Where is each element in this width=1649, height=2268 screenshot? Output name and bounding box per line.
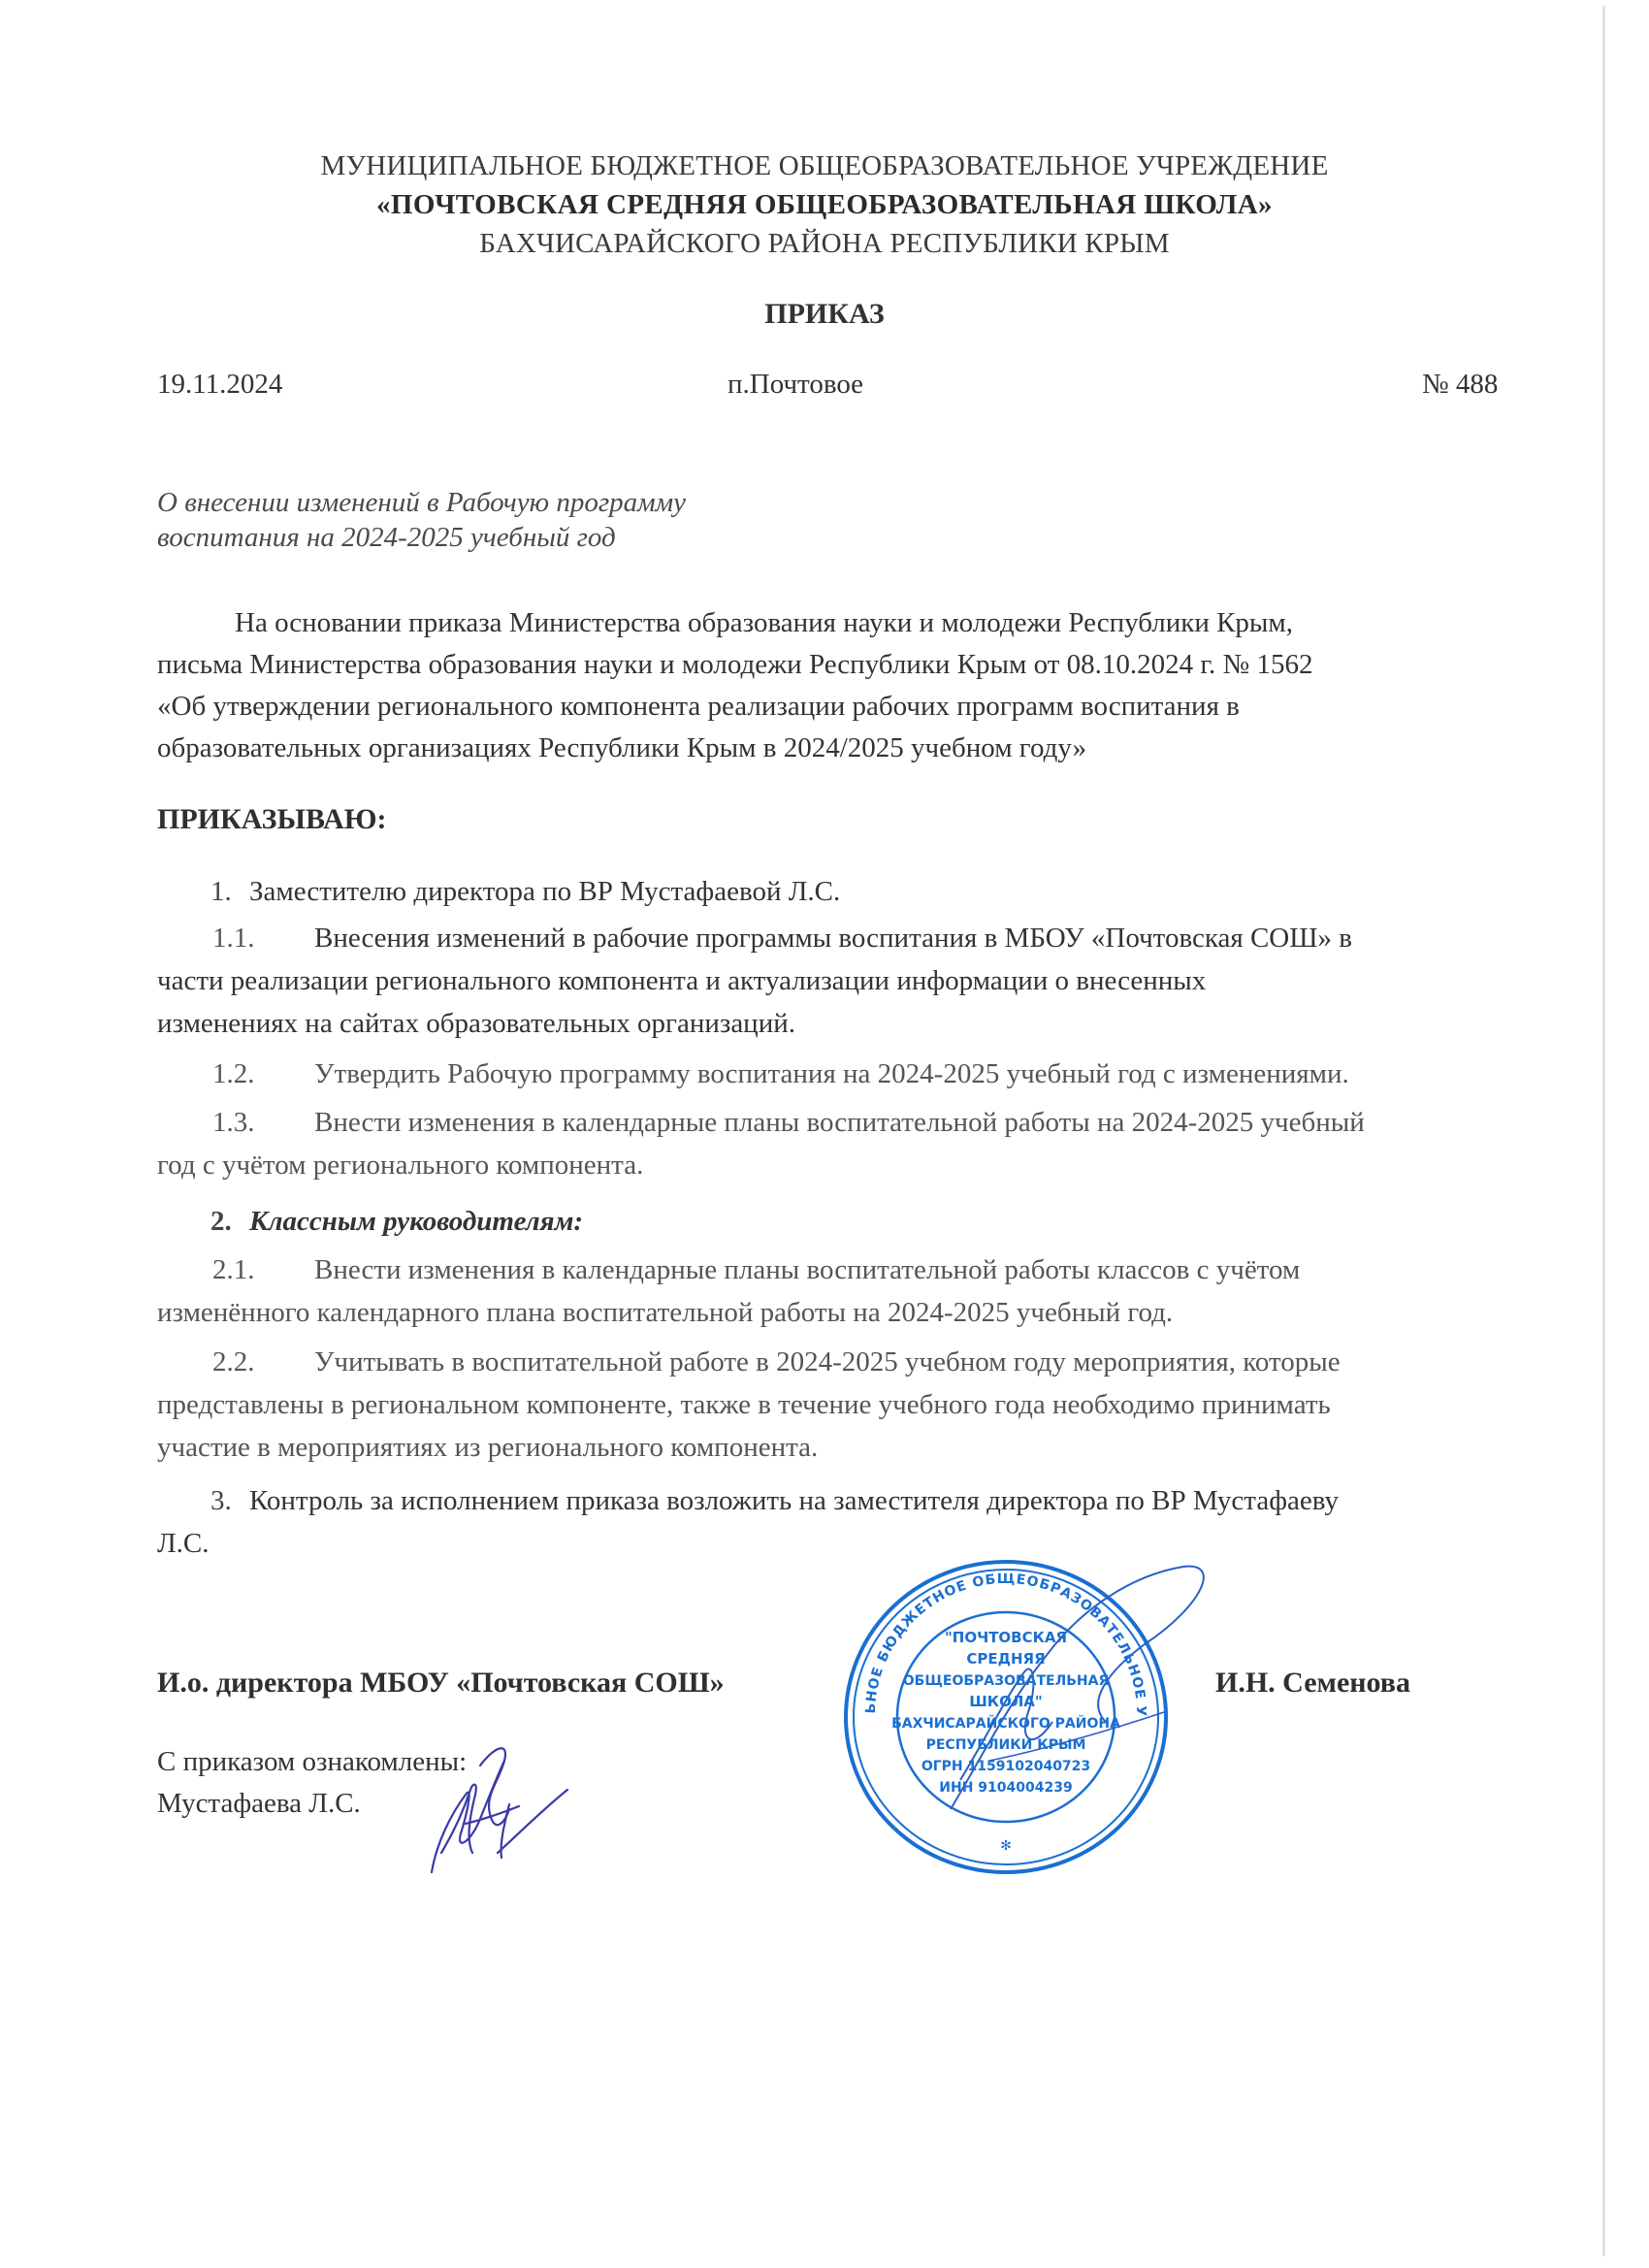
order-item-2: 2.Классным руководителям:	[157, 1200, 1523, 1243]
scan-edge-line	[1602, 6, 1605, 2256]
item-text: изменённого календарного плана воспитате…	[157, 1291, 1523, 1334]
item-text: Внесения изменений в рабочие программы в…	[314, 923, 1352, 954]
item-text: представлены в региональном компоненте, …	[157, 1383, 1523, 1426]
svg-text:СРЕДНЯЯ: СРЕДНЯЯ	[966, 1650, 1045, 1668]
item-text: Внести изменения в календарные планы вос…	[314, 1107, 1365, 1138]
svg-text:ОГРН 1159102040723: ОГРН 1159102040723	[921, 1759, 1090, 1774]
item-number: 3.	[210, 1479, 249, 1522]
order-item-1-1: 1.1.Внесения изменений в рабочие програм…	[157, 917, 1523, 1045]
item-text: Утвердить Рабочую программу воспитания н…	[314, 1058, 1349, 1089]
order-item-2-1: 2.1.Внести изменения в календарные планы…	[157, 1248, 1523, 1334]
item-text: Заместителю директора по ВР Мустафаевой …	[249, 876, 840, 907]
preamble-line: На основании приказа Министерства образо…	[157, 602, 1515, 644]
document-number: № 488	[1422, 369, 1498, 401]
handwritten-signature-icon	[412, 1736, 587, 1882]
document-subject: О внесении изменений в Рабочую программу…	[157, 485, 686, 555]
order-item-2-2: 2.2.Учитывать в воспитательной работе в …	[157, 1341, 1523, 1469]
svg-text:✻: ✻	[1000, 1838, 1012, 1854]
item-text: части реализации регионального компонент…	[157, 959, 1523, 1002]
svg-text:ОБЩЕОБРАЗОВАТЕЛЬНАЯ: ОБЩЕОБРАЗОВАТЕЛЬНАЯ	[903, 1673, 1109, 1689]
svg-text:ИНН 9104004239: ИНН 9104004239	[939, 1780, 1072, 1796]
item-number: 1.2.	[212, 1053, 314, 1095]
item-text: год с учётом регионального компонента.	[157, 1144, 1523, 1186]
order-item-1-2: 1.2.Утвердить Рабочую программу воспитан…	[157, 1053, 1523, 1095]
preamble-line: образовательных организациях Республики …	[157, 728, 1515, 769]
org-header-line-1: МУНИЦИПАЛЬНОЕ БЮДЖЕТНОЕ ОБЩЕОБРАЗОВАТЕЛЬ…	[0, 150, 1649, 182]
signatory-name: И.Н. Семенова	[1215, 1667, 1410, 1700]
subject-line-2: воспитания на 2024-2025 учебный год	[157, 520, 686, 555]
document-date: 19.11.2024	[157, 369, 282, 401]
item-text: Внести изменения в календарные планы вос…	[314, 1254, 1300, 1285]
org-header-school-name: «ПОЧТОВСКАЯ СРЕДНЯЯ ОБЩЕОБРАЗОВАТЕЛЬНАЯ …	[0, 189, 1649, 221]
item-text: Учитывать в воспитательной работе в 2024…	[314, 1346, 1341, 1377]
signatory-position: И.о. директора МБОУ «Почтовская СОШ»	[157, 1667, 725, 1700]
svg-text:ШКОЛА": ШКОЛА"	[969, 1693, 1042, 1710]
item-text: Классным руководителям:	[249, 1206, 583, 1237]
order-item-1: 1.Заместителю директора по ВР Мустафаево…	[157, 870, 1523, 913]
preamble-paragraph: На основании приказа Министерства образо…	[157, 602, 1515, 769]
item-text: изменениях на сайтах образовательных орг…	[157, 1002, 1523, 1045]
preamble-line: письма Министерства образования науки и …	[157, 644, 1515, 686]
item-text: Контроль за исполнением приказа возложит…	[249, 1485, 1339, 1516]
item-number: 2.	[210, 1200, 249, 1243]
item-text: участие в мероприятиях из регионального …	[157, 1426, 1523, 1469]
order-heading: ПРИКАЗЫВАЮ:	[157, 803, 387, 836]
svg-text:РЕСПУБЛИКИ КРЫМ: РЕСПУБЛИКИ КРЫМ	[926, 1737, 1086, 1753]
order-item-1-3: 1.3.Внести изменения в календарные планы…	[157, 1101, 1523, 1186]
item-number: 1.1.	[212, 917, 314, 959]
item-number: 1.3.	[212, 1101, 314, 1144]
acknowledgement-name: Мустафаева Л.С.	[157, 1788, 361, 1820]
official-stamp-icon: МУНИЦИПАЛЬНОЕ БЮДЖЕТНОЕ ОБЩЕОБРАЗОВАТЕЛЬ…	[815, 1538, 1242, 1887]
item-number: 2.1.	[212, 1248, 314, 1291]
svg-text:БАХЧИСАРАЙСКОГО РАЙОНА: БАХЧИСАРАЙСКОГО РАЙОНА	[891, 1715, 1120, 1732]
document-type-title: ПРИКАЗ	[0, 298, 1649, 331]
item-number: 1.	[210, 870, 249, 913]
svg-text:"ПОЧТОВСКАЯ: "ПОЧТОВСКАЯ	[945, 1629, 1067, 1646]
preamble-line: «Об утверждении регионального компонента…	[157, 686, 1515, 728]
subject-line-1: О внесении изменений в Рабочую программу	[157, 485, 686, 520]
item-number: 2.2.	[212, 1341, 314, 1383]
org-header-line-3: БАХЧИСАРАЙСКОГО РАЙОНА РЕСПУБЛИКИ КРЫМ	[0, 228, 1649, 260]
document-place: п.Почтовое	[727, 369, 863, 401]
